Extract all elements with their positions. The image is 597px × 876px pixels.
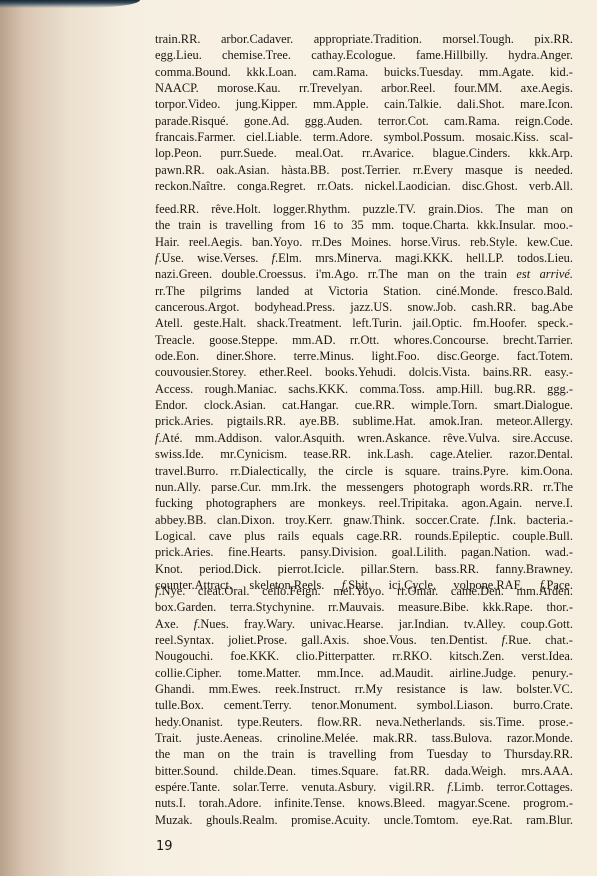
- text-line: travel.Burro.rr.Dialectically,thecirclei…: [155, 463, 573, 479]
- text-line: abbey.BB.clan.Dixon.troy.Kerr.gnaw.Think…: [155, 512, 573, 528]
- text-line: couvousier.Storey.ether.Reel.books.Yehud…: [155, 364, 573, 380]
- page-edge-shadow: [0, 0, 140, 8]
- text-line: tulle.Box.cement.Terry.tenor.Monument.sy…: [155, 697, 573, 713]
- text-line: Endor.clock.Asian.cat.Hangar.cue.RR.wimp…: [155, 397, 573, 413]
- text-line: parade.Risqué.gone.Ad.ggg.Auden.terror.C…: [155, 113, 573, 129]
- text-line: Knot.period.Dick.pierrot.Icicle.pillar.S…: [155, 561, 573, 577]
- text-line: Muzak.ghouls.Realm.promise.Acuity.uncle.…: [155, 812, 573, 828]
- paragraph-2: feed.RR.rêve.Holt.logger.Rhythm.puzzle.T…: [155, 201, 573, 593]
- text-line: comma.Bound.kkk.Loan.cam.Rama.buicks.Tue…: [155, 64, 573, 80]
- text-line: bitter.Sound.childe.Dean.times.Square.fa…: [155, 763, 573, 779]
- text-line: hedy.Onanist.type.Reuters.flow.RR.neva.N…: [155, 714, 573, 730]
- text-line: Axe.f.Nues.fray.Wary.univac.Hearse.jar.I…: [155, 616, 573, 632]
- paragraph-3: f.Nye.cleat.Oral.cello.Feign.mel.Yoyo.rr…: [155, 583, 573, 828]
- text-line: collie.Cipher.tome.Matter.mm.Ince.ad.Mau…: [155, 665, 573, 681]
- text-line: torpor.Video.jung.Kipper.mm.Apple.cain.T…: [155, 96, 573, 112]
- text-line: egg.Lieu.chemise.Tree.cathay.Ecologue.fa…: [155, 47, 573, 63]
- text-line: lop.Peon.purr.Suede.meal.Oat.rr.Avarice.…: [155, 145, 573, 161]
- text-line: nazi.Green.double.Croessus.i'm.Ago.rr.Th…: [155, 266, 573, 282]
- text-line: f.Até.mm.Addison.valor.Asquith.wren.Aska…: [155, 430, 573, 446]
- text-line: f.Nye.cleat.Oral.cello.Feign.mel.Yoyo.rr…: [155, 583, 573, 599]
- text-line: nun.Ally.parse.Cur.mm.Irk.themessengersp…: [155, 479, 573, 495]
- text-line: fuckingphotographersaremonkeys.reel.Trip…: [155, 495, 573, 511]
- text-line: reckon.Naître.conga.Regret.rr.Oats.nicke…: [155, 178, 573, 194]
- text-line: prick.Aries.fine.Hearts.pansy.Division.g…: [155, 544, 573, 560]
- text-line: themanonthetrainistravellingfromTuesdayt…: [155, 746, 573, 762]
- text-line: Treacle.goose.Steppe.mm.AD.rr.Ott.whores…: [155, 332, 573, 348]
- text-line: Logical.caveplusrailsequalscage.RR.round…: [155, 528, 573, 544]
- text-line: nuts.I.torah.Adore.infinite.Tense.knows.…: [155, 795, 573, 811]
- text-line: rr.ThepilgrimslandedatVictoriaStation.ci…: [155, 283, 573, 299]
- text-line: reel.Syntax.joliet.Prose.gall.Axis.shoe.…: [155, 632, 573, 648]
- text-line: box.Garden.terra.Stychynine.rr.Mauvais.m…: [155, 599, 573, 615]
- text-line: ode.Eon.diner.Shore.terre.Minus.light.Fo…: [155, 348, 573, 364]
- text-line: Hair.reel.Aegis.ban.Yoyo.rr.DesMoines.ho…: [155, 234, 573, 250]
- text-line: Access.rough.Maniac.sachs.KKK.comma.Toss…: [155, 381, 573, 397]
- text-line: francais.Farmer.ciel.Liable.term.Adore.s…: [155, 129, 573, 145]
- text-line: cancerous.Argot.bodyhead.Press.jazz.US.s…: [155, 299, 573, 315]
- text-line: thetrainistravellingfrom16to35mm.toque.C…: [155, 217, 573, 233]
- text-line: Ghandi.mm.Ewes.reek.Instruct.rr.Myresist…: [155, 681, 573, 697]
- page-number: 19: [156, 839, 173, 854]
- text-line: Nougouchi.foe.KKK.clio.Pitterpatter.rr.R…: [155, 648, 573, 664]
- text-line: espére.Tante.solar.Terre.venuta.Asbury.v…: [155, 779, 573, 795]
- text-line: train.RR.arbor.Cadaver.appropriate.Tradi…: [155, 31, 573, 47]
- text-line: NAACP.morose.Kau.rr.Trevelyan.arbor.Reel…: [155, 80, 573, 96]
- text-line: Trait.juste.Aeneas.crinoline.Melée.mak.R…: [155, 730, 573, 746]
- text-line: prick.Aries.pigtails.RR.aye.BB.sublime.H…: [155, 413, 573, 429]
- text-line: f.Use.wise.Verses.f.Elm.mrs.Minerva.magi…: [155, 250, 573, 266]
- book-page: train.RR.arbor.Cadaver.appropriate.Tradi…: [0, 0, 597, 876]
- paragraph-1: train.RR.arbor.Cadaver.appropriate.Tradi…: [155, 31, 573, 194]
- text-line: swiss.Ide.mr.Cynicism.tease.RR.ink.Lash.…: [155, 446, 573, 462]
- text-line: pawn.RR.oak.Asian.hàsta.BB.post.Terrier.…: [155, 162, 573, 178]
- text-line: feed.RR.rêve.Holt.logger.Rhythm.puzzle.T…: [155, 201, 573, 217]
- text-line: Atell.geste.Halt.shack.Treatment.left.Tu…: [155, 315, 573, 331]
